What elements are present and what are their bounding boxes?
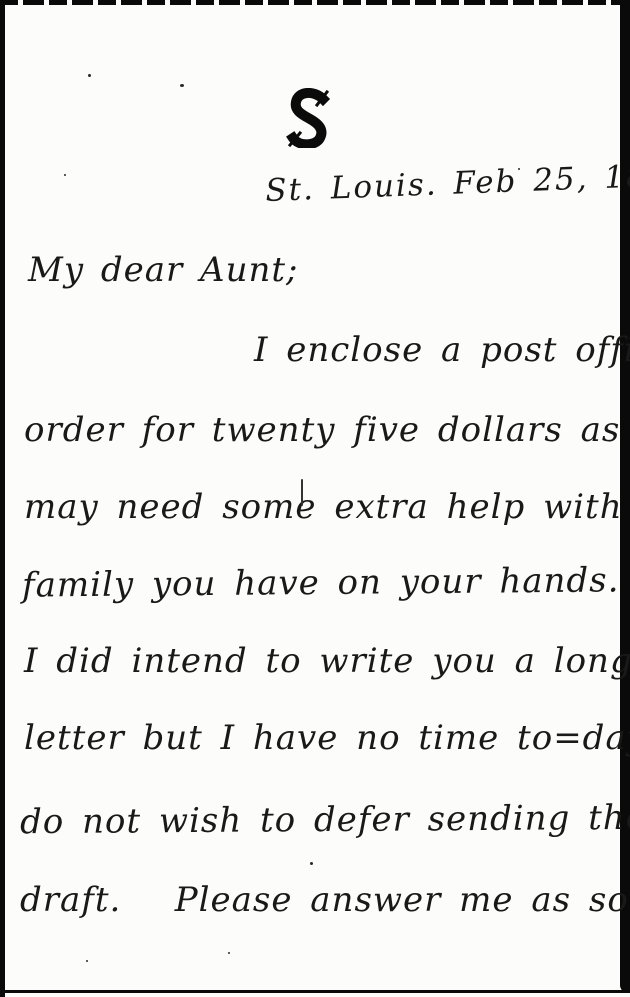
body-line: letter but I have no time to=day & (24, 721, 630, 755)
scan-speck (228, 952, 230, 954)
scan-speck (180, 84, 184, 87)
body-line: draft. Please answer me as soon (20, 883, 630, 917)
scan-edge-bottom (2, 990, 628, 993)
scan-speck (518, 168, 520, 170)
body-line: I enclose a post office (254, 333, 630, 367)
body-line: order for twenty five dollars as you (24, 413, 630, 447)
scan-speck (310, 862, 313, 865)
body-line: do not wish to defer sending the (20, 801, 630, 839)
scan-edge-top (0, 0, 630, 5)
scan-edge-left (0, 0, 5, 997)
scanned-letter-page: S St. Louis. Feb 25, 1868 My dear Aunt; … (0, 0, 630, 997)
letterhead-monogram: S (286, 88, 332, 148)
body-line: I did intend to write you a long (24, 644, 630, 678)
scan-speck (88, 74, 91, 77)
body-line: may need some extra help with the (24, 490, 630, 524)
scan-stray-mark (301, 479, 303, 506)
blackletter-s-icon (286, 88, 332, 148)
scan-speck (86, 960, 88, 962)
salutation: My dear Aunt; (28, 253, 299, 287)
dateline: St. Louis. Feb 25, 1868 (265, 160, 630, 207)
scan-speck (64, 174, 66, 176)
body-line: family you have on your hands. (22, 563, 620, 602)
